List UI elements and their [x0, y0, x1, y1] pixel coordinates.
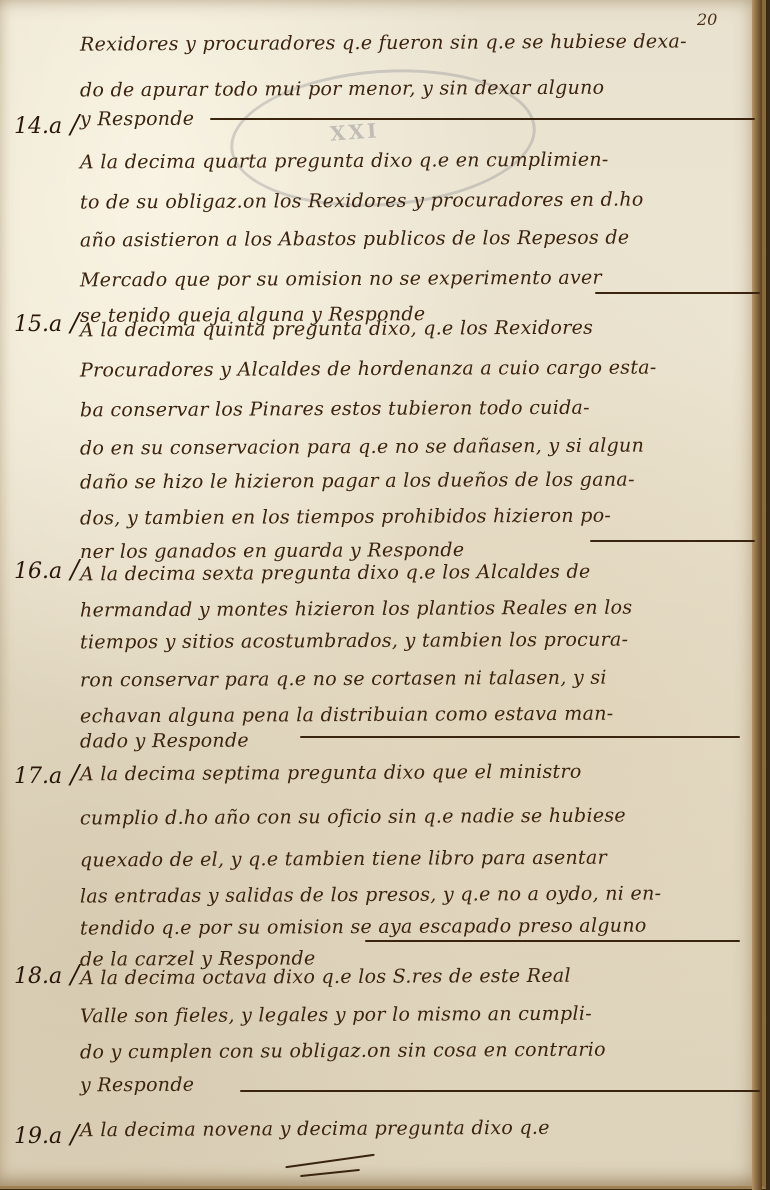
text-line: A la decima quarta pregunta dixo q.e en …: [80, 149, 609, 174]
text-line: to de su obligaz.on los Rexidores y proc…: [80, 189, 644, 214]
text-line: Valle son fieles, y legales y por lo mis…: [80, 1003, 592, 1028]
text-line: Rexidores y procuradores q.e fueron sin …: [80, 30, 687, 55]
text-line: quexado de el, y q.e tambien tiene libro…: [80, 847, 607, 872]
text-line: do de apurar todo mui por menor, y sin d…: [80, 77, 605, 102]
line-filler-rule: [590, 540, 755, 542]
text-line: hermandad y montes hizieron los plantios…: [80, 597, 633, 622]
text-line: A la decima quinta pregunta dixo, q.e lo…: [80, 317, 593, 342]
question-number-14: 14.a: [14, 110, 79, 140]
manuscript-page: XXI 20 Rexidores y procuradores q.e fuer…: [0, 0, 766, 1189]
question-number-15: 15.a: [14, 308, 79, 338]
text-line: daño se hizo le hizieron pagar a los due…: [80, 469, 635, 494]
text-line: echavan alguna pena la distribuian como …: [80, 703, 614, 728]
question-number-19: 19.a: [14, 1120, 79, 1150]
question-number-16: 16.a: [14, 555, 79, 585]
text-line: y Responde: [80, 108, 194, 131]
text-line: las entradas y salidas de los presos, y …: [80, 882, 661, 907]
stamp-text: XXI: [329, 118, 380, 145]
text-line: A la decima sexta pregunta dixo q.e los …: [80, 561, 591, 586]
text-line: tendido q.e por su omision se aya escapa…: [80, 915, 647, 940]
text-line: Procuradores y Alcaldes de hordenanza a …: [80, 356, 657, 381]
text-line: A la decima septima pregunta dixo que el…: [80, 761, 582, 786]
text-line: ner los ganados en guarda y Responde: [80, 539, 464, 563]
text-line: A la decima novena y decima pregunta dix…: [80, 1117, 550, 1141]
question-number-17: 17.a: [14, 760, 79, 790]
text-line: año asistieron a los Abastos publicos de…: [80, 227, 629, 252]
text-line: ron conservar para q.e no se cortasen ni…: [80, 667, 607, 692]
text-line: Mercado que por su omision no se experim…: [80, 267, 602, 292]
text-line: do en su conservacion para q.e no se dañ…: [80, 435, 644, 460]
line-filler-rule: [365, 940, 740, 942]
text-line: dado y Responde: [80, 730, 249, 753]
text-line: do y cumplen con su obligaz.on sin cosa …: [80, 1039, 606, 1064]
text-line: tiempos y sitios acostumbrados, y tambie…: [80, 629, 628, 654]
folio-number: 20: [697, 10, 717, 29]
line-filler-rule: [300, 736, 740, 738]
line-filler-rule: [240, 1090, 760, 1092]
flourish-stroke: [300, 1169, 360, 1177]
text-line: dos, y tambien en los tiempos prohibidos…: [80, 505, 611, 530]
page-edge: [752, 0, 762, 1190]
question-number-18: 18.a: [14, 960, 79, 990]
line-filler-rule: [595, 292, 760, 294]
line-filler-rule: [210, 118, 755, 120]
text-line: cumplio d.ho año con su oficio sin q.e n…: [80, 805, 626, 830]
text-line: A la decima octava dixo q.e los S.res de…: [80, 965, 571, 990]
text-line: ba conservar los Pinares estos tubieron …: [80, 397, 590, 422]
text-line: y Responde: [80, 1074, 194, 1097]
flourish-stroke: [285, 1154, 374, 1169]
